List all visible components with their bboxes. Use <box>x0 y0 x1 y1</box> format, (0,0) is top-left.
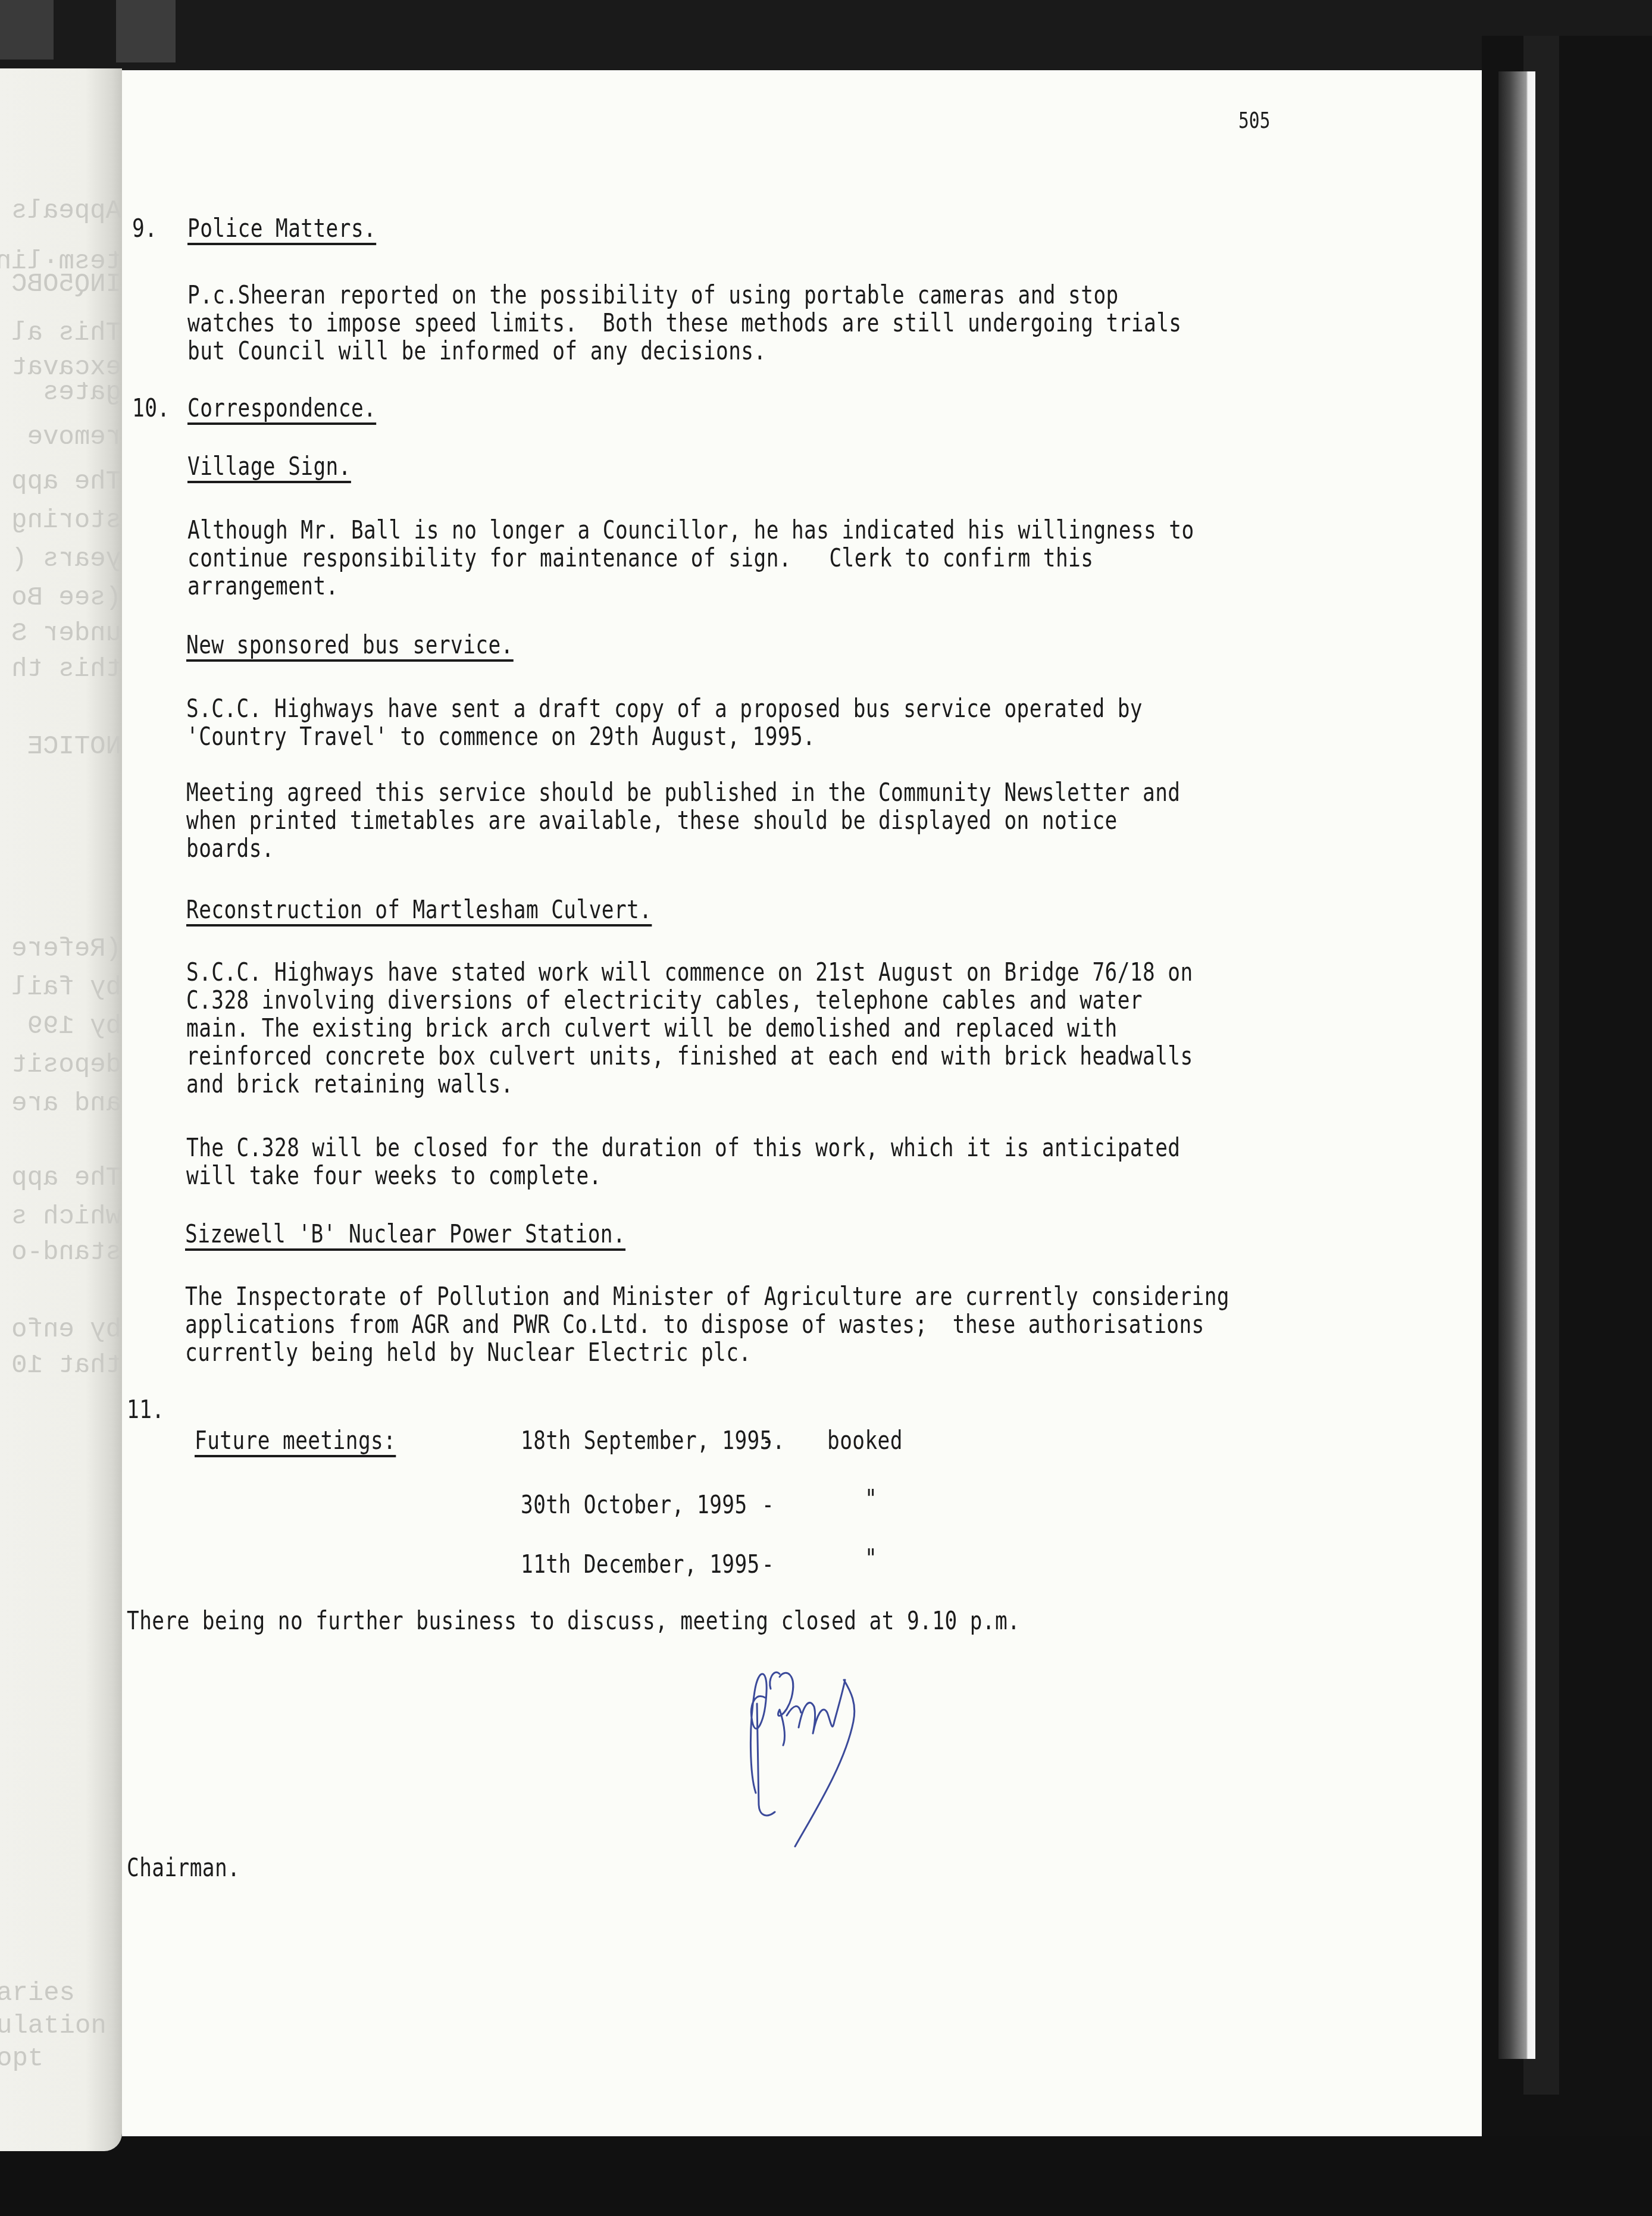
facing-text: gates <box>43 378 121 408</box>
book-binding-bottom <box>0 2136 1652 2216</box>
closing-statement: There being no further business to discu… <box>127 1608 1020 1633</box>
facing-text: (Refere <box>11 934 121 964</box>
paragraph-line: will take four weeks to complete. <box>186 1163 602 1188</box>
facing-text: (see Bo <box>11 583 121 613</box>
facing-text: NOTICE <box>27 732 121 762</box>
paragraph-line: but Council will be informed of any deci… <box>187 339 766 364</box>
facing-page: Appeals tesm·lin INQ5OBC This al excavat… <box>0 68 122 2151</box>
meeting-status: booked <box>827 1428 903 1453</box>
subsection-heading-village-sign: Village Sign. <box>187 454 351 479</box>
facing-text: Appeals <box>11 196 121 226</box>
facing-text: and are <box>11 1089 121 1119</box>
facing-text: deposit <box>11 1050 121 1080</box>
paragraph-line: P.c.Sheeran reported on the possibility … <box>187 283 1119 308</box>
paragraph-line: Although Mr. Ball is no longer a Council… <box>187 518 1194 543</box>
facing-text: The app <box>11 467 121 497</box>
facing-text: This al <box>11 318 121 348</box>
paragraph-line: applications from AGR and PWR Co.Ltd. to… <box>185 1312 1204 1337</box>
paragraph-line: currently being held by Nuclear Electric… <box>185 1340 752 1365</box>
paragraph-line: reinforced concrete box culvert units, f… <box>186 1044 1193 1069</box>
chairman-label: Chairman. <box>127 1855 240 1880</box>
section-number: 9. <box>132 216 157 241</box>
section-heading-police-matters: Police Matters. <box>187 216 376 241</box>
section-heading-correspondence: Correspondence. <box>187 396 376 421</box>
meeting-date: 18th September, 1995. <box>521 1428 785 1453</box>
facing-text: by fail <box>11 973 121 1003</box>
facing-text: years ( <box>11 544 121 574</box>
paragraph-line: C.328 involving diversions of electricit… <box>186 988 1143 1013</box>
paragraph-line: Meeting agreed this service should be pu… <box>186 780 1180 805</box>
facing-text: by 199 <box>27 1012 121 1041</box>
paragraph-line: S.C.C. Highways have stated work will co… <box>186 960 1193 985</box>
facing-text: opt <box>0 2044 43 2074</box>
facing-text: storing <box>11 506 121 536</box>
paragraph-line: and brick retaining walls. <box>186 1072 514 1097</box>
meeting-dash: - <box>762 1492 774 1517</box>
page-number: 505 <box>1238 107 1271 133</box>
paragraph-line: The Inspectorate of Pollution and Minist… <box>185 1284 1229 1309</box>
facing-text: by enfo <box>11 1315 121 1345</box>
binding-texture <box>0 0 54 60</box>
facing-text: under S <box>11 619 121 649</box>
meeting-date: 30th October, 1995 <box>521 1492 747 1517</box>
paragraph-line: watches to impose speed limits. Both the… <box>187 311 1181 336</box>
section-number: 11. <box>127 1397 164 1422</box>
paragraph-line: S.C.C. Highways have sent a draft copy o… <box>186 696 1143 721</box>
meeting-status: " <box>865 1486 877 1511</box>
meeting-dash: - <box>762 1552 774 1577</box>
facing-text: remove <box>27 422 121 452</box>
paragraph-line: 'Country Travel' to commence on 29th Aug… <box>186 724 815 749</box>
paragraph-line: when printed timetables are available, t… <box>186 808 1118 833</box>
facing-text: stand-o <box>11 1238 121 1267</box>
facing-text: INQ5OBC <box>11 270 121 299</box>
meeting-dash: - <box>762 1428 774 1453</box>
facing-text: aries <box>0 1979 75 2008</box>
binding-texture <box>116 0 176 62</box>
facing-text: The app <box>11 1163 121 1193</box>
future-meetings-label: Future meetings: <box>195 1428 396 1453</box>
facing-text: that 10 <box>11 1351 121 1381</box>
facing-text: this th <box>11 655 121 684</box>
paragraph-line: main. The existing brick arch culvert wi… <box>186 1016 1118 1041</box>
meeting-date: 11th December, 1995 <box>521 1552 760 1577</box>
subsection-heading-sizewell: Sizewell 'B' Nuclear Power Station. <box>185 1222 625 1247</box>
paragraph-line: continue responsibility for maintenance … <box>187 546 1093 571</box>
subsection-heading-martlesham-culvert: Reconstruction of Martlesham Culvert. <box>186 897 652 922</box>
book-binding-top <box>0 0 1652 71</box>
paragraph-line: The C.328 will be closed for the duratio… <box>186 1135 1180 1160</box>
section-number: 10. <box>132 396 170 421</box>
subsection-heading-bus-service: New sponsored bus service. <box>186 633 514 658</box>
chairman-signature <box>744 1656 946 1852</box>
minutes-page: 505 9. Police Matters. P.c.Sheeran repor… <box>122 70 1482 2136</box>
facing-text: ulation <box>0 2011 107 2041</box>
meeting-status: " <box>865 1546 877 1571</box>
facing-text: which s <box>11 1202 121 1232</box>
paragraph-line: boards. <box>186 836 274 861</box>
page-stack-edges <box>1498 71 1535 2059</box>
paragraph-line: arrangement. <box>187 574 339 599</box>
